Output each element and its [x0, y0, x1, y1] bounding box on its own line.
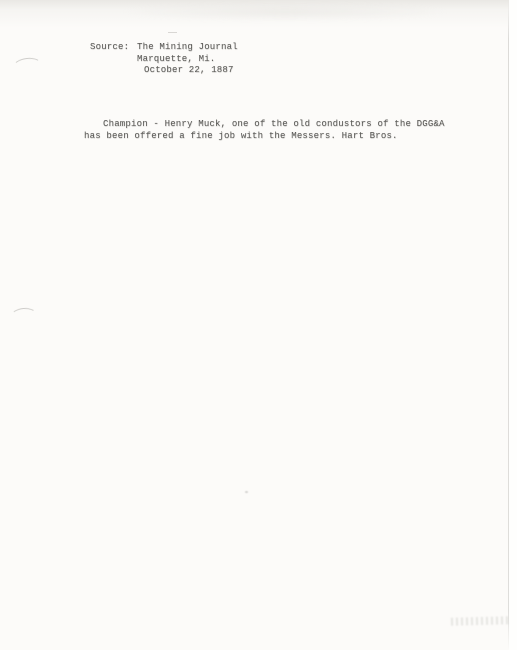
scan-top-edge-blotch [120, 4, 450, 20]
left-margin-arc-mark-middle [11, 307, 38, 324]
article-line-1: Champion - Henry Muck, one of the old co… [103, 119, 445, 130]
scan-top-edge-shading [0, 0, 517, 28]
source-publication: The Mining Journal [137, 42, 238, 53]
source-date: October 22, 1887 [144, 65, 234, 76]
paper-right-margin [509, 0, 517, 650]
source-label: Source: [90, 42, 129, 53]
scanned-document-page: Source: The Mining Journal Marquette, Mi… [0, 0, 517, 650]
stray-speck-mark [245, 491, 248, 493]
left-margin-arc-mark-top [12, 57, 43, 76]
article-line-2: has been offered a fine job with the Mes… [84, 131, 398, 142]
stray-dash-mark [168, 32, 177, 33]
bottom-right-smudge-mark [451, 616, 510, 626]
source-location: Marquette, Mi. [137, 54, 215, 65]
